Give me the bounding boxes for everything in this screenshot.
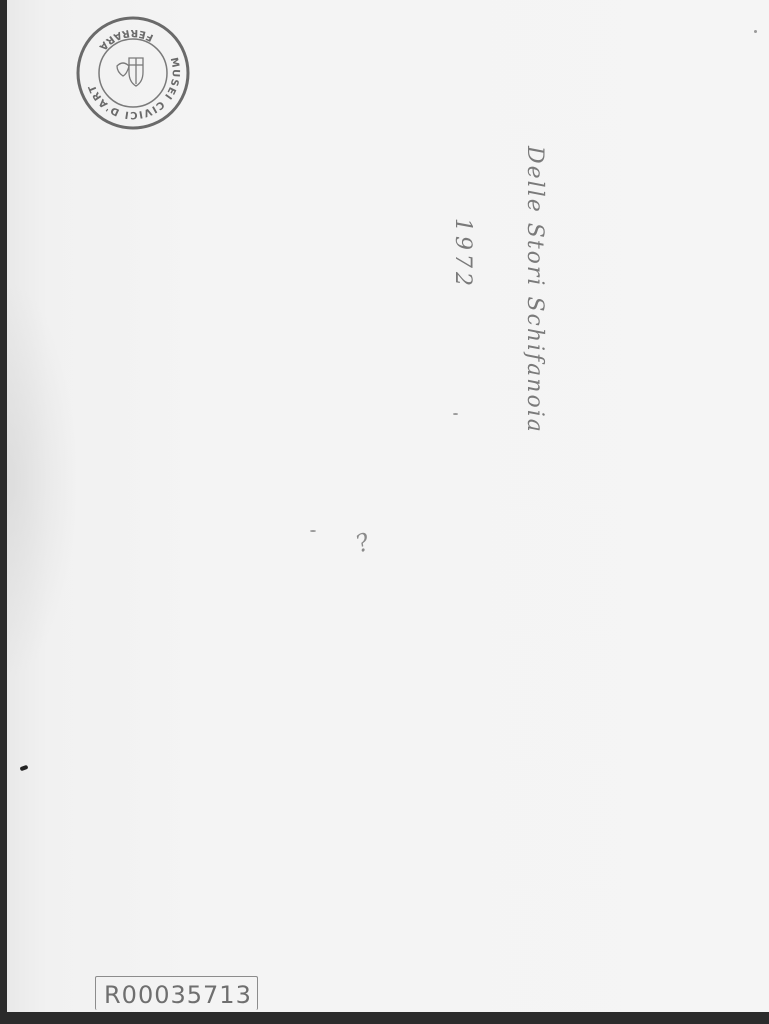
svg-text:MUSEI CIVICI D'ARTE ANTICA: MUSEI CIVICI D'ARTE ANTICA: [87, 48, 191, 134]
handwritten-year: 1972: [450, 218, 475, 290]
inventory-number: R00035713: [104, 981, 252, 1009]
inventory-label: R00035713: [95, 976, 258, 1010]
handwritten-title: Delle Stori Schifanoia: [522, 146, 547, 434]
pencil-mark: [453, 413, 458, 415]
ferrara-crest-icon: [117, 58, 143, 86]
photo-back-sheet: MUSEI CIVICI D'ARTE ANTICA FERRARA Delle…: [7, 0, 769, 1012]
dust-speck: [20, 765, 29, 771]
pencil-mark: [310, 530, 316, 532]
scanner-border: [0, 1012, 769, 1024]
paper-smudge: [7, 280, 77, 680]
stamp-top-text: MUSEI CIVICI D'ARTE ANTICA: [87, 48, 191, 134]
museum-stamp: MUSEI CIVICI D'ARTE ANTICA FERRARA: [75, 12, 191, 134]
handwritten-question-mark: ?: [352, 528, 374, 559]
paper-speck: [754, 30, 757, 33]
